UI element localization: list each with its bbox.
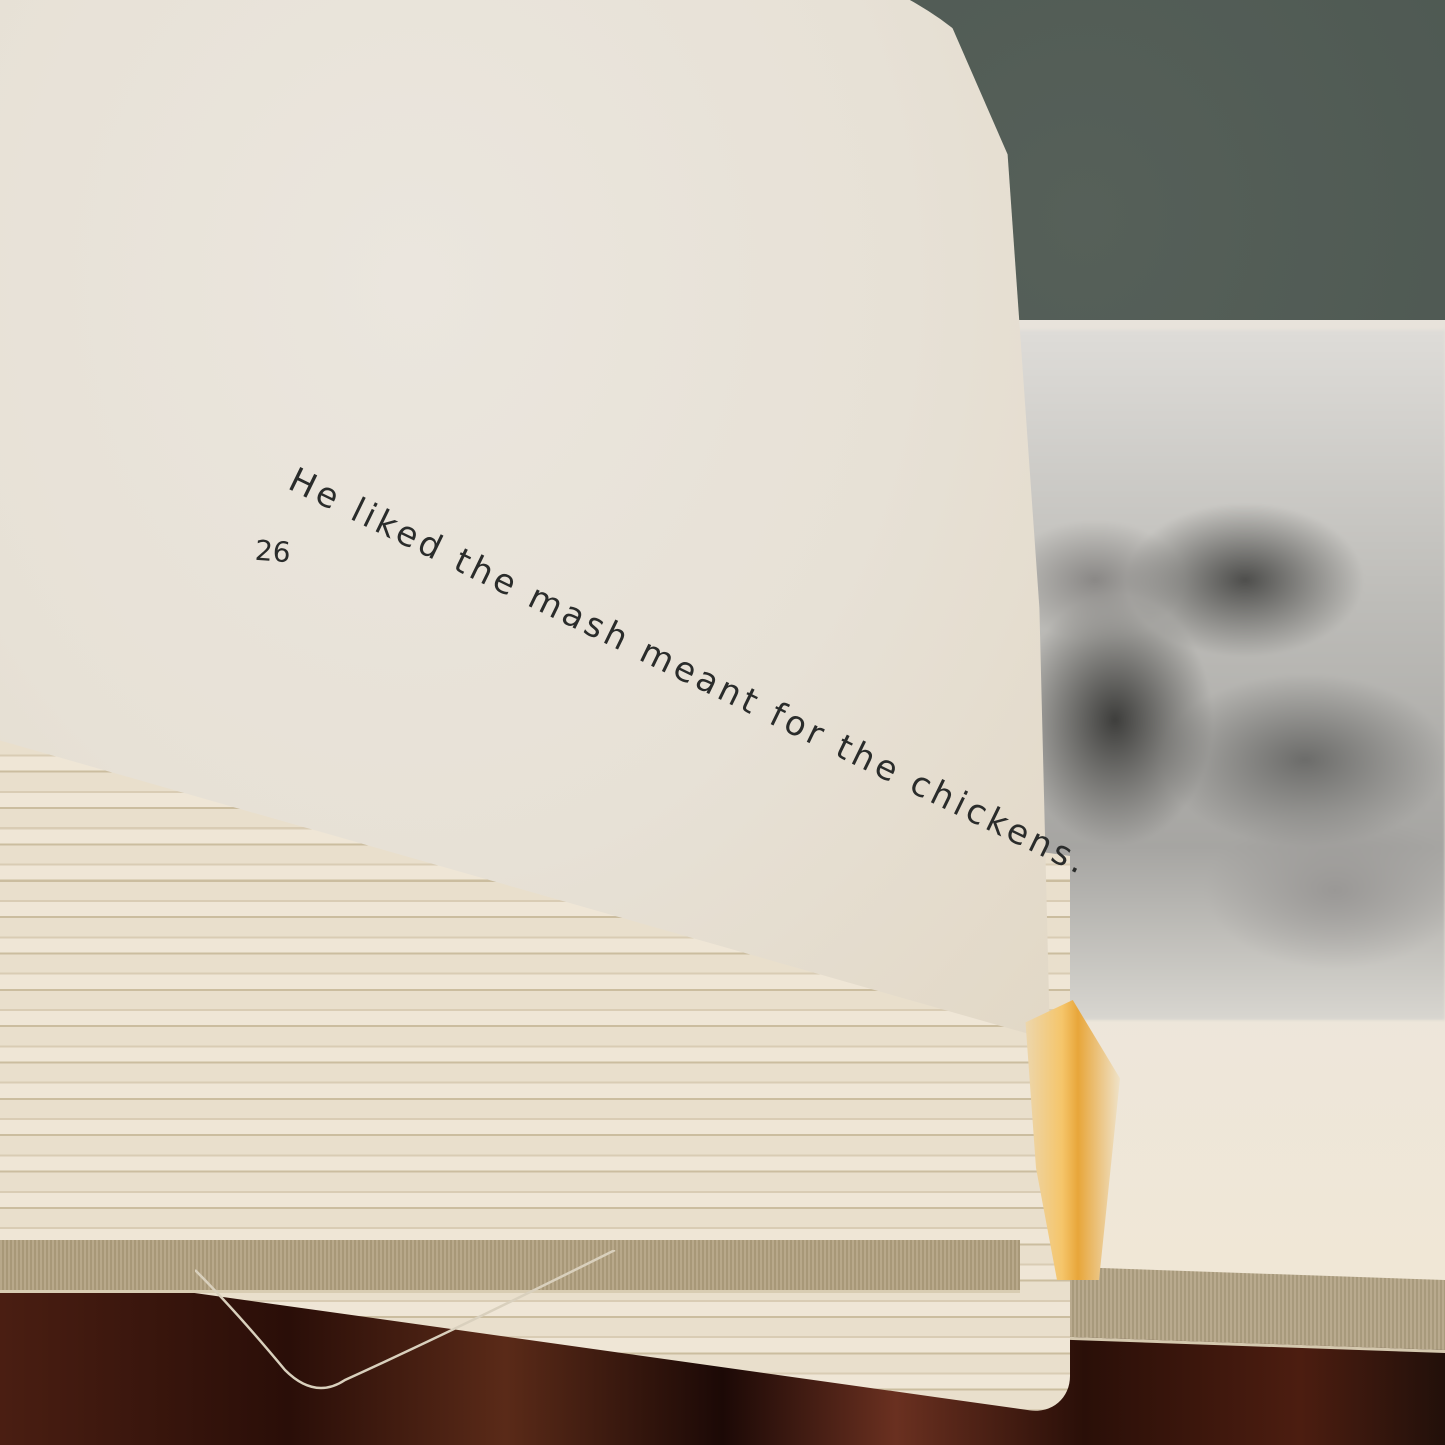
book-photo: He liked the mash meant for the chickens… (0, 0, 1445, 1445)
loose-thread (195, 1250, 625, 1400)
page-number: 26 (254, 534, 292, 569)
bear-and-chickens-illustration (1005, 330, 1445, 1020)
